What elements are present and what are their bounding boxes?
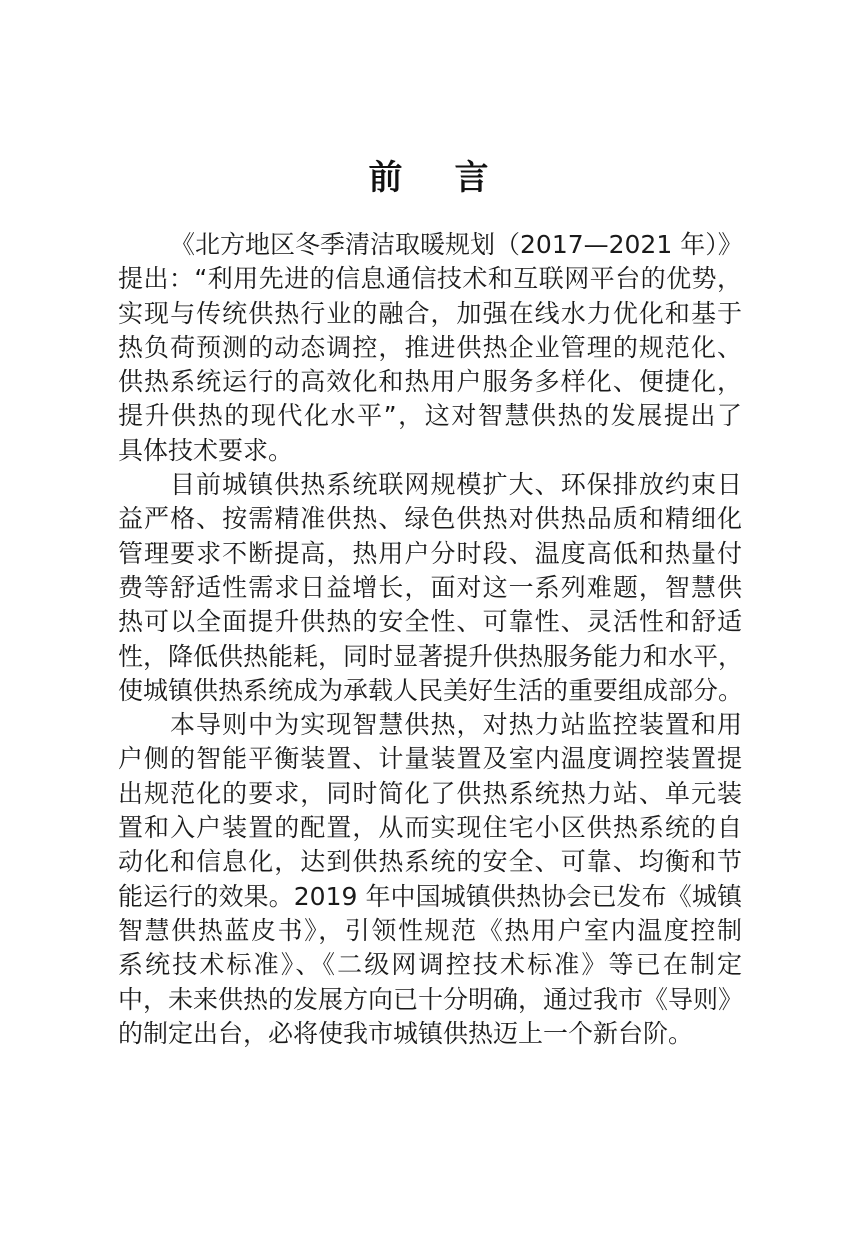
page-title: 前言 [0,150,857,199]
text-line: 供热系统运行的高效化和热用户服务多样化、便捷化， [118,365,742,399]
text-line: 热负荷预测的动态调控，推进供热企业管理的规范化、 [118,331,742,365]
text-line: 智慧供热蓝皮书》，引领性规范《热用户室内温度控制 [118,914,742,948]
text-line: 的制定出台，必将使我市城镇供热迈上一个新台阶。 [118,1017,742,1051]
text-line: 使城镇供热系统成为承载人民美好生活的重要组成部分。 [118,674,742,708]
text-line: 中，未来供热的发展方向已十分明确，通过我市《导则》 [118,983,742,1017]
preface-body: 《北方地区冬季清洁取暖规划（2017—2021 年）》 提出：“利用先进的信息通… [118,228,742,1051]
title-char-2: 言 [455,150,489,199]
text-line: 费等舒适性需求日益增长，面对这一系列难题，智慧供 [118,571,742,605]
text-line: 热可以全面提升供热的安全性、可靠性、灵活性和舒适 [118,605,742,639]
text-line: 置和入户装置的配置，从而实现住宅小区供热系统的自 [118,811,742,845]
text-line: 目前城镇供热系统联网规模扩大、环保排放约束日 [118,468,742,502]
text-line: 提出：“利用先进的信息通信技术和互联网平台的优势， [118,262,742,296]
text-line: 性，降低供热能耗，同时显著提升供热服务能力和水平， [118,640,742,674]
text-line: 系统技术标准》、《二级网调控技术标准》等已在制定 [118,948,742,982]
text-line: 提升供热的现代化水平”，这对智慧供热的发展提出了 [118,399,742,433]
paragraph-2: 目前城镇供热系统联网规模扩大、环保排放约束日 益严格、按需精准供热、绿色供热对供… [118,468,742,708]
text-line: 管理要求不断提高，热用户分时段、温度高低和热量付 [118,537,742,571]
text-line: 本导则中为实现智慧供热，对热力站监控装置和用 [118,708,742,742]
text-line: 户侧的智能平衡装置、计量装置及室内温度调控装置提 [118,742,742,776]
title-char-1: 前 [369,150,403,199]
text-line: 出规范化的要求，同时简化了供热系统热力站、单元装 [118,777,742,811]
text-line: 《北方地区冬季清洁取暖规划（2017—2021 年）》 [118,228,742,262]
paragraph-3: 本导则中为实现智慧供热，对热力站监控装置和用 户侧的智能平衡装置、计量装置及室内… [118,708,742,1051]
paragraph-1: 《北方地区冬季清洁取暖规划（2017—2021 年）》 提出：“利用先进的信息通… [118,228,742,468]
text-line: 具体技术要求。 [118,434,742,468]
text-line: 益严格、按需精准供热、绿色供热对供热品质和精细化 [118,502,742,536]
text-line: 动化和信息化，达到供热系统的安全、可靠、均衡和节 [118,845,742,879]
text-line: 实现与传统供热行业的融合，加强在线水力优化和基于 [118,297,742,331]
document-page: 前言 《北方地区冬季清洁取暖规划（2017—2021 年）》 提出：“利用先进的… [0,0,857,1241]
text-line: 能运行的效果。2019 年中国城镇供热协会已发布《城镇 [118,880,742,914]
